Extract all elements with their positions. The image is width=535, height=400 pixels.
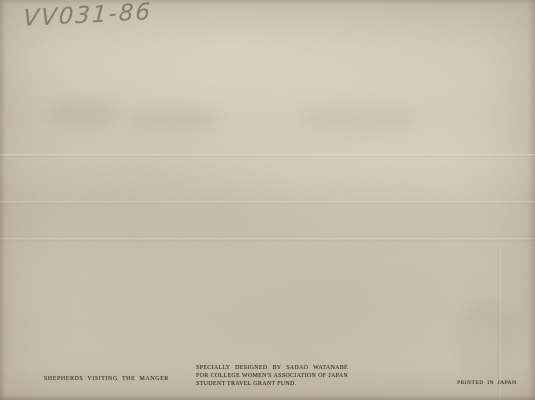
bottom-edge-shadow — [0, 394, 535, 400]
artwork-title-caption: SHEPHERDS VISITING THE MANGER — [44, 376, 169, 382]
horizontal-crease — [0, 154, 535, 158]
right-edge-shadow — [528, 0, 535, 400]
credit-line-1: SPECIALLY DESIGNED BY SADAO WATANABE — [196, 364, 348, 372]
horizontal-crease — [0, 238, 535, 242]
left-edge-shadow — [0, 0, 6, 400]
ghost-showthrough-smudge — [300, 104, 420, 132]
printed-in-japan-caption: PRINTED IN JAPAN — [457, 380, 517, 386]
credit-line-3: STUDENT TRAVEL GRANT FUND. — [196, 380, 348, 388]
ghost-showthrough-smudge — [48, 100, 118, 126]
handwritten-inventory-number: VV031-86 — [23, 0, 153, 32]
credit-line-2: FOR COLLEGE WOMEN'S ASSOCIATION OF JAPAN — [196, 372, 348, 380]
ghost-showthrough-smudge — [130, 108, 220, 132]
horizontal-crease — [0, 201, 535, 205]
print-back-photo: VV031-86 SHEPHERDS VISITING THE MANGER S… — [0, 0, 535, 400]
ghost-showthrough-smudge — [455, 300, 515, 380]
paper-grain-texture — [0, 0, 535, 400]
designer-credit-block: SPECIALLY DESIGNED BY SADAO WATANABE FOR… — [196, 364, 348, 388]
vertical-crease — [498, 248, 501, 400]
